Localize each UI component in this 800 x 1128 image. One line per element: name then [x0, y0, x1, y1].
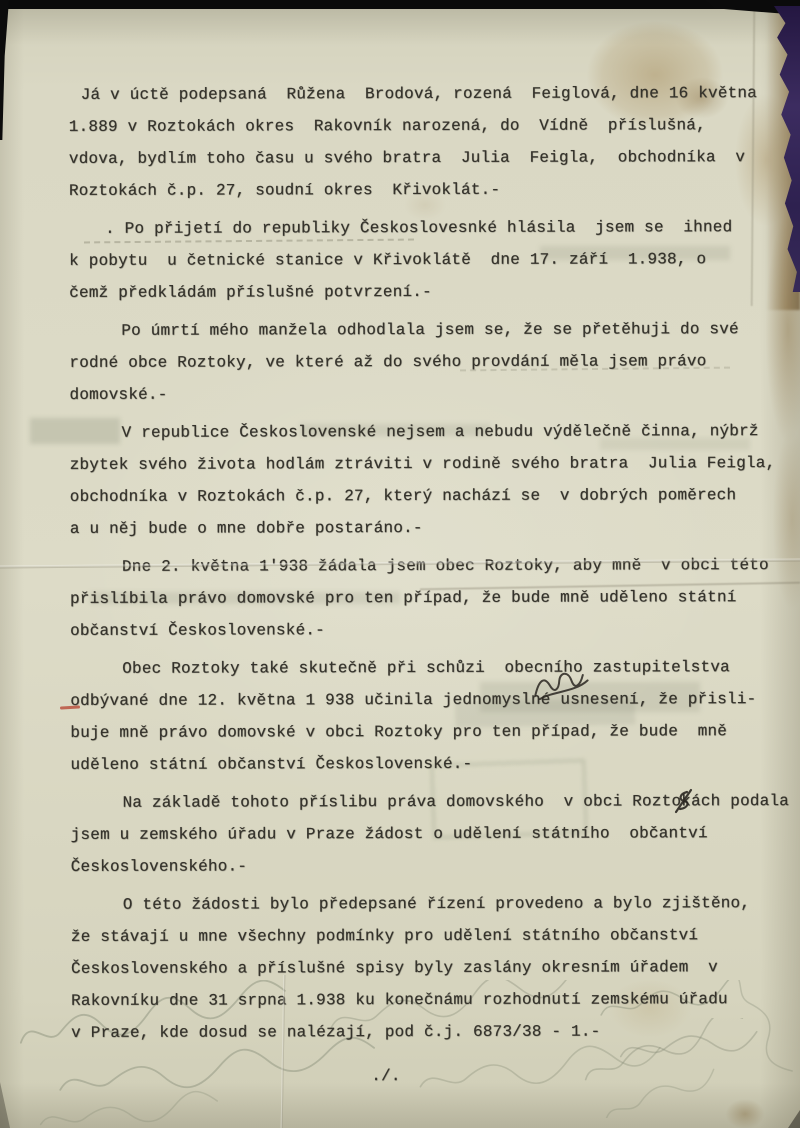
page-continuation-marker: ./. — [71, 1059, 781, 1093]
typed-line: buje mně právo domovské v obci Roztoky p… — [70, 715, 780, 749]
typed-line: jsem u zemského úřadu v Praze žádost o u… — [71, 817, 781, 851]
paragraph: Po úmrtí mého manžela odhodlala jsem se,… — [69, 313, 779, 411]
typed-line: přislíbila právo domovské pro ten případ… — [70, 581, 780, 615]
typed-line: Rakovníku dne 31 srpna 1.938 ku konečnám… — [71, 983, 781, 1017]
typed-line: 1.889 v Roztokách okres Rakovník narozen… — [69, 109, 779, 143]
typed-line: Roztokách č.p. 27, soudní okres Křivoklá… — [69, 173, 779, 207]
typed-line: a u něj bude o mne dobře postaráno.- — [70, 511, 780, 545]
typed-line: zbytek svého života hodlám ztráviti v ro… — [70, 447, 780, 481]
typed-line: uděleno státní občanství Československé.… — [70, 747, 780, 781]
typed-line: Československého a příslušné spisy byly … — [71, 951, 781, 985]
typed-line: že stávají u mne všechny podmínky pro ud… — [71, 919, 781, 953]
typed-line: Já v úctě podepsaná Růžena Brodová, roze… — [69, 77, 779, 111]
typed-line: Obec Roztoky také skutečně při schůzi ob… — [70, 651, 780, 685]
paragraph: Já v úctě podepsaná Růžena Brodová, roze… — [69, 77, 779, 207]
typed-line: k pobytu u četnické stanice v Křivoklátě… — [69, 243, 779, 277]
typed-line: občanství Československé.- — [70, 613, 780, 647]
typed-line: obchodníka v Roztokách č.p. 27, který na… — [70, 479, 780, 513]
scanned-document: Já v úctě podepsaná Růžena Brodová, roze… — [0, 0, 800, 1128]
typed-line: rodné obce Roztoky, ve které až do svého… — [69, 345, 779, 379]
paragraph: . Po přijetí do republiky Českoslovesnké… — [69, 211, 779, 309]
typed-line: domovské.- — [69, 377, 779, 411]
typed-line: odbývané dne 12. května 1 938 učinila je… — [70, 683, 780, 717]
scan-edge-top — [0, 0, 800, 9]
typed-line: Československého.- — [71, 849, 781, 883]
typed-line: . Po přijetí do republiky Českoslovesnké… — [69, 211, 779, 245]
typed-line: O této žádosti bylo předepsané řízení pr… — [71, 887, 781, 921]
paragraph: V republice Československé nejsem a nebu… — [70, 415, 780, 545]
typed-line: V republice Československé nejsem a nebu… — [70, 415, 780, 449]
typed-line: vdova, bydlím toho času u svého bratra J… — [69, 141, 779, 175]
typed-line: Po úmrtí mého manžela odhodlala jsem se,… — [69, 313, 779, 347]
handwritten-s-insert — [668, 788, 696, 814]
handwritten-scribble-correction — [530, 670, 594, 700]
typed-line: v Praze, kde dosud se nalézají, pod č.j.… — [71, 1015, 781, 1049]
paragraph: O této žádosti bylo předepsané řízení pr… — [71, 887, 781, 1049]
paragraph: Obec Roztoky také skutečně při schůzi ob… — [70, 651, 780, 781]
typed-line: čemž předkládám příslušné potvrzení.- — [69, 275, 779, 309]
